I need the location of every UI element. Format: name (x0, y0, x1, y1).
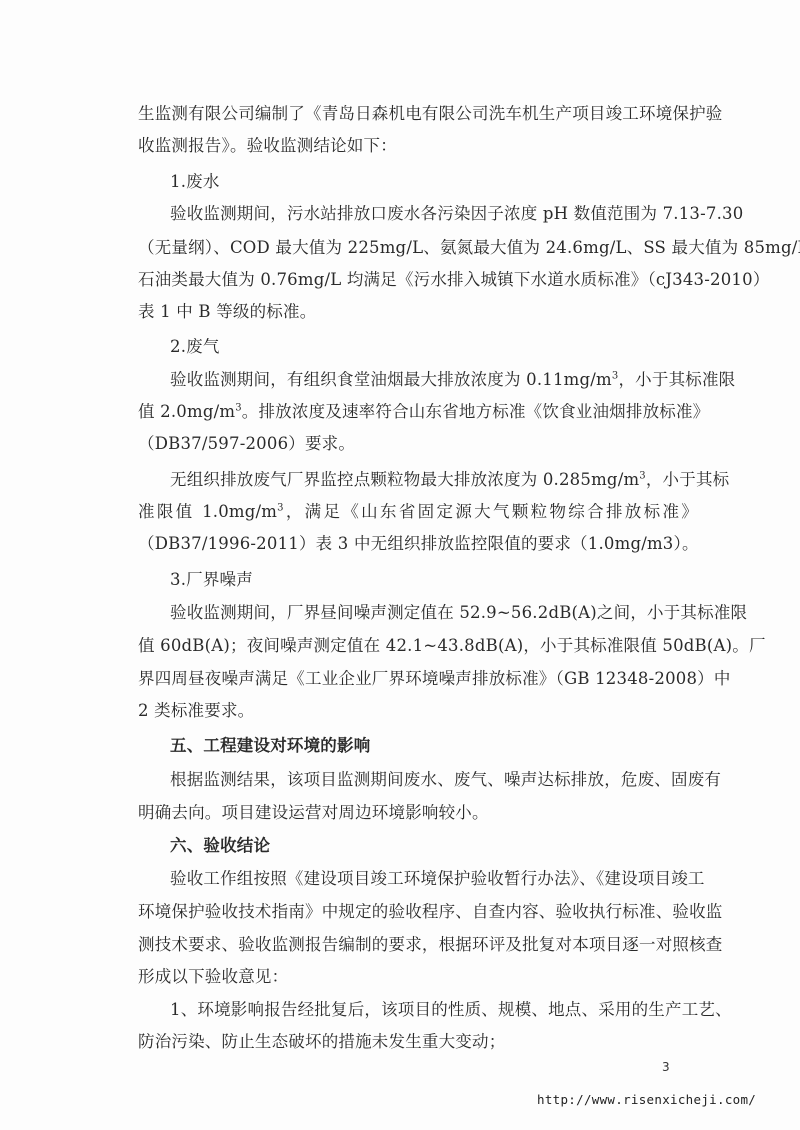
paragraph-line: 1、环境影响报告经批复后，该项目的性质、规模、地点、采用的生产工艺、 (170, 1000, 698, 1020)
paragraph-line: （DB37/597-2006）要求。 (138, 434, 698, 454)
paragraph-line: 环境保护验收技术指南》中规定的验收程序、自查内容、验收执行标准、验收监 (138, 902, 698, 922)
paragraph-line: （DB37/1996-2011）表 3 中无组织排放监控限值的要求（1.0mg/… (138, 534, 698, 554)
paragraph-line: 验收监测期间，厂界昼间噪声测定值在 52.9~56.2dB(A)之间，小于其标准… (170, 603, 698, 623)
paragraph-line: 值 60dB(A)；夜间噪声测定值在 42.1~43.8dB(A)，小于其标准限… (138, 636, 698, 656)
page-number: 3 (662, 1060, 670, 1074)
paragraph-line: 石油类最大值为 0.76mg/L 均满足《污水排入城镇下水道水质标准》（cJ34… (138, 270, 698, 290)
paragraph-line: 根据监测结果，该项目监测期间废水、废气、噪声达标排放，危废、固废有 (170, 770, 698, 790)
paragraph-line: 验收工作组按照《建设项目竣工环境保护验收暂行办法》、《建设项目竣工 (170, 869, 698, 889)
text-span: ，小于其标准限 (618, 370, 735, 389)
paragraph-line: 形成以下验收意见： (138, 967, 698, 987)
paragraph-line: 验收监测期间，有组织食堂油烟最大排放浓度为 0.11mg/m3，小于其标准限 (170, 370, 698, 390)
paragraph-line: 收监测报告》。验收监测结论如下： (138, 136, 698, 156)
subsection-heading-wastewater: 1.废水 (170, 172, 698, 192)
text-span: 无组织排放废气厂界监控点颗粒物最大排放浓度为 0.285mg/m (170, 470, 639, 489)
text-span: 。排放浓度及速率符合山东省地方标准《饮食业油烟排放标准》 (242, 402, 710, 421)
paragraph-line: 生监测有限公司编制了《青岛日森机电有限公司洗车机生产项目竣工环境保护验 (138, 104, 698, 124)
text-span: 验收监测期间，有组织食堂油烟最大排放浓度为 0.11mg/m (170, 370, 612, 389)
text-span: 准限值 1.0mg/m (138, 502, 277, 521)
section-heading-environmental-impact: 五、工程建设对环境的影响 (170, 736, 698, 756)
document-page: 生监测有限公司编制了《青岛日森机电有限公司洗车机生产项目竣工环境保护验 收监测报… (0, 0, 800, 1130)
paragraph-line: 无组织排放废气厂界监控点颗粒物最大排放浓度为 0.285mg/m3，小于其标 (170, 470, 698, 490)
text-span: ，小于其标 (646, 470, 730, 489)
paragraph-line: 验收监测期间，污水站排放口废水各污染因子浓度 pH 数值范围为 7.13-7.3… (170, 204, 698, 224)
section-heading-acceptance-conclusion: 六、验收结论 (170, 836, 698, 856)
footer-url: http://www.risenxicheji.com/ (537, 1092, 756, 1107)
subsection-heading-noise: 3.厂界噪声 (170, 570, 698, 590)
paragraph-line: 值 2.0mg/m3。排放浓度及速率符合山东省地方标准《饮食业油烟排放标准》 (138, 402, 698, 422)
text-span: 值 2.0mg/m (138, 402, 235, 421)
paragraph-line: （无量纲）、COD 最大值为 225mg/L、氨氮最大值为 24.6mg/L、S… (138, 238, 698, 258)
paragraph-line: 2 类标准要求。 (138, 701, 698, 721)
paragraph-line: 测技术要求、验收监测报告编制的要求，根据环评及批复对本项目逐一对照核查 (138, 935, 698, 955)
subsection-heading-exhaust-gas: 2.废气 (170, 337, 698, 357)
paragraph-line: 表 1 中 B 等级的标准。 (138, 302, 698, 322)
paragraph-line: 明确去向。项目建设运营对周边环境影响较小。 (138, 803, 698, 823)
text-span: ，满足《山东省固定源大气颗粒物综合排放标准》 (284, 502, 698, 521)
paragraph-line: 界四周昼夜噪声满足《工业企业厂界环境噪声排放标准》（GB 12348-2008）… (138, 669, 698, 689)
paragraph-line: 准限值 1.0mg/m3，满足《山东省固定源大气颗粒物综合排放标准》 (138, 502, 698, 522)
paragraph-line: 防治污染、防止生态破坏的措施未发生重大变动； (138, 1032, 698, 1052)
